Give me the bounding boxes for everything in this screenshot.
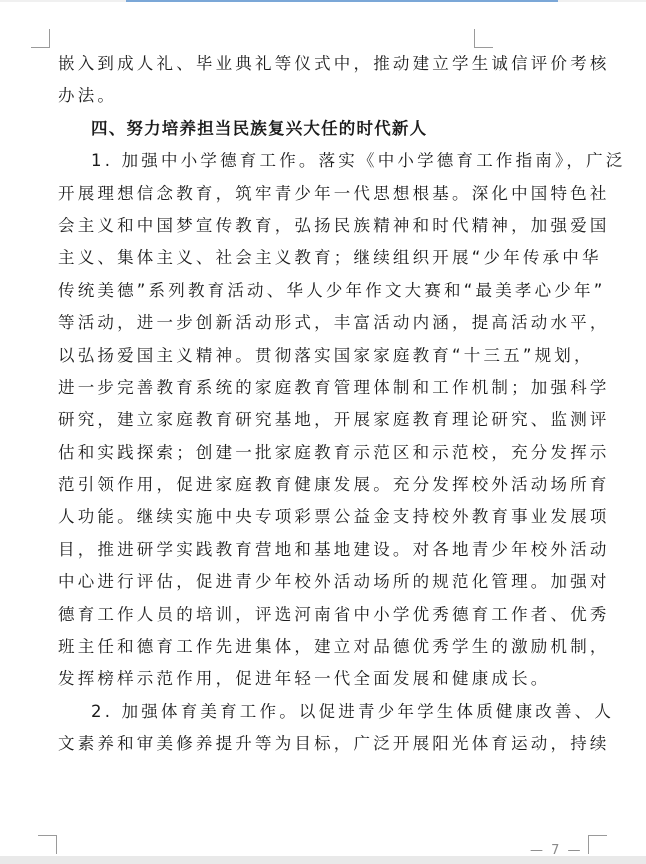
text-line: 主义、集体主义、社会主义教育；继续组织开展“少年传承中华 (58, 242, 480, 274)
text-line: 中心进行评估，促进青少年校外活动场所的规范化管理。加强对 (58, 566, 480, 598)
load-progress-bar (126, 0, 558, 2)
margin-corner-mark-bottom-left (38, 835, 57, 854)
text-line: 开展理想信念教育，筑牢青少年一代思想根基。深化中国特色社 (58, 178, 480, 210)
top-progress-track (0, 0, 646, 2)
text-line: 范引领作用，促进家庭教育健康发展。充分发挥校外活动场所育 (58, 469, 480, 501)
text-line: 1. 加强中小学德育工作。落实《中小学德育工作指南》，广泛 (58, 145, 480, 177)
text-line: 嵌入到成人礼、毕业典礼等仪式中，推动建立学生诚信评价考核 (58, 48, 480, 80)
text-line: 德育工作人员的培训，评选河南省中小学优秀德育工作者、优秀 (58, 599, 480, 631)
text-line: 传统美德”系列教育活动、华人少年作文大赛和“最美孝心少年” (58, 275, 480, 307)
text-line: 会主义和中国梦宣传教育，弘扬民族精神和时代精神，加强爱国 (58, 210, 480, 242)
text-line: 班主任和德育工作先进集体，建立对品德优秀学生的激励机制， (58, 631, 480, 663)
text-line: 以弘扬爱国主义精神。贯彻落实国家家庭教育“十三五”规划， (58, 340, 480, 372)
text-line: 目，推进研学实践教育营地和基地建设。对各地青少年校外活动 (58, 534, 480, 566)
margin-corner-mark-top-left (31, 29, 50, 48)
text-line: 等活动，进一步创新活动形式，丰富活动内涵，提高活动水平， (58, 307, 480, 339)
text-line: 发挥榜样示范作用，促进年轻一代全面发展和健康成长。 (58, 663, 480, 695)
margin-corner-mark-top-right (474, 29, 493, 48)
text-line: 文素养和审美修养提升等为目标，广泛开展阳光体育运动，持续 (58, 728, 480, 760)
text-line: 2. 加强体育美育工作。以促进青少年学生体质健康改善、人 (58, 696, 480, 728)
text-line: 研究，建立家庭教育研究基地，开展家庭教育理论研究、监测评 (58, 404, 480, 436)
text-line: 办法。 (58, 80, 480, 112)
document-page[interactable]: 嵌入到成人礼、毕业典礼等仪式中，推动建立学生诚信评价考核 办法。 四、努力培养担… (58, 48, 480, 761)
bottom-gutter (0, 856, 646, 864)
text-line: 进一步完善教育系统的家庭教育管理体制和工作机制；加强科学 (58, 372, 480, 404)
text-line: 估和实践探索；创建一批家庭教育示范区和示范校，充分发挥示 (58, 437, 480, 469)
text-line: 人功能。继续实施中央专项彩票公益金支持校外教育事业发展项 (58, 501, 480, 533)
margin-corner-mark-bottom-right (588, 835, 607, 854)
section-heading: 四、努力培养担当民族复兴大任的时代新人 (58, 113, 480, 145)
